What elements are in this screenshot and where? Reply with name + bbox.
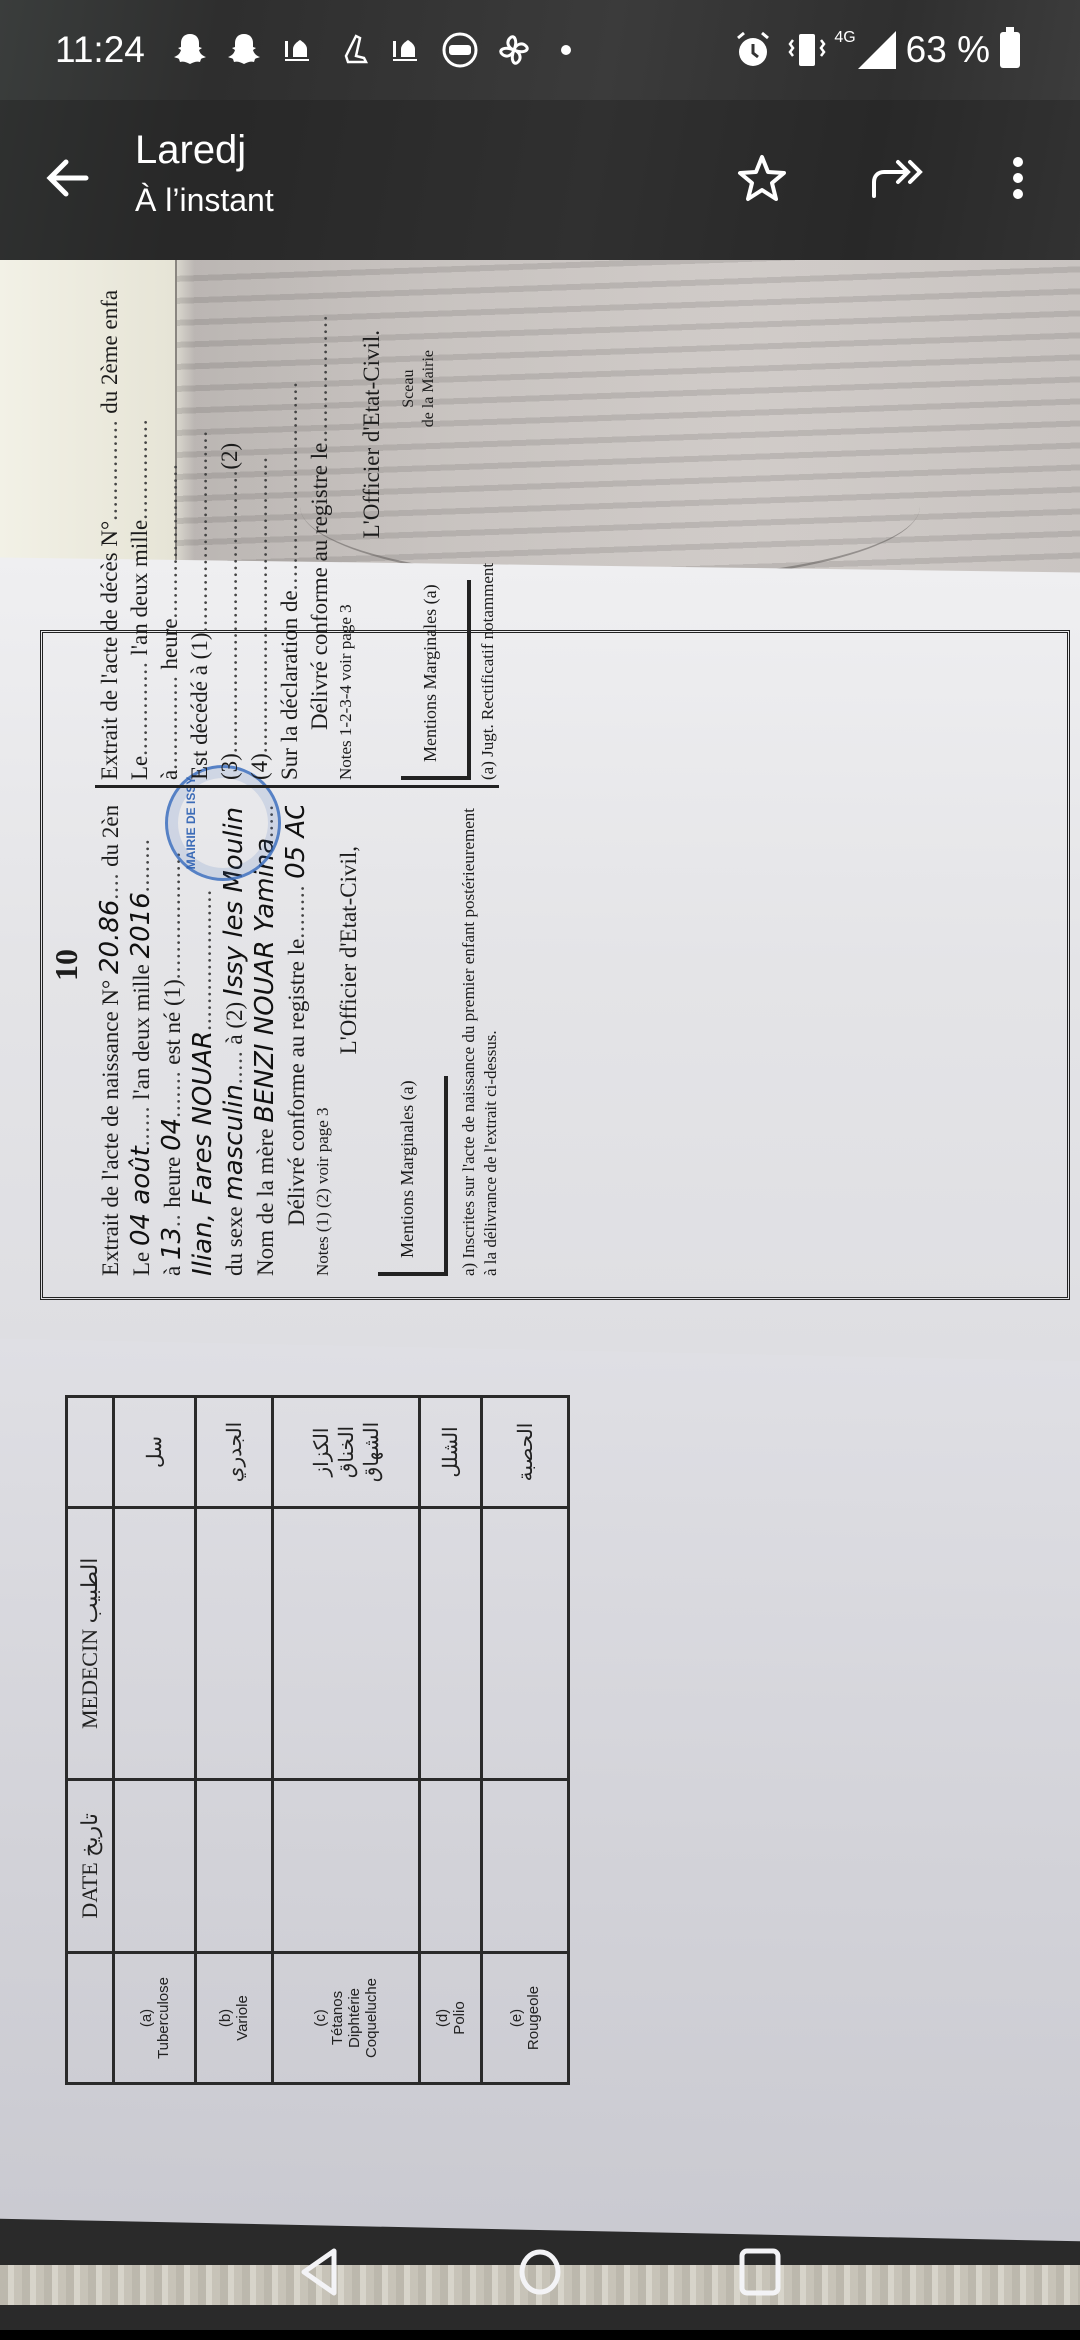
nav-home-button[interactable] — [510, 2242, 570, 2302]
conversation-title: Laredj — [135, 128, 246, 173]
death-line-1: Extrait de l'acte de décès N°...........… — [95, 290, 125, 780]
table-row: (c) Tétanos Diphtérie Coqueluche الكزاز … — [273, 1397, 420, 2084]
app-bar: Laredj À l’instant — [0, 100, 1080, 260]
death-line-3: à.............. heure...................… — [155, 290, 185, 780]
arrow-left-icon — [38, 148, 98, 208]
nav-back-button[interactable] — [290, 2242, 350, 2302]
death-officer-line: L'Officier d'Etat-Civil. — [357, 290, 387, 780]
forward-button[interactable] — [868, 148, 928, 208]
square-recents-icon — [738, 2247, 782, 2297]
snapchat-icon — [224, 30, 264, 70]
death-line-2: Le.............. l'an deux mille........… — [125, 290, 155, 780]
birth-officer-line: L'Officier d'Etat-Civil, — [334, 806, 364, 1276]
alarm-icon — [733, 30, 773, 70]
star-icon — [736, 152, 788, 204]
vibrate-icon — [787, 30, 827, 70]
more-options-button[interactable] — [988, 148, 1048, 208]
status-bar: 11:24 4G 63 % — [0, 0, 1080, 100]
navigation-bar — [0, 2220, 1080, 2320]
more-notifications-dot-icon — [561, 45, 571, 55]
table-row: (d) Polio الشلل — [420, 1397, 482, 2084]
mairie-stamp: MAIRIE DE ISSY — [165, 765, 281, 881]
timestamp-subtitle: À l’instant — [135, 182, 274, 219]
birth-footnote: a) Inscrites sur l'acte de naissance du … — [458, 806, 502, 1276]
burger-king-icon — [440, 30, 480, 70]
triangle-back-icon — [298, 2247, 342, 2297]
birth-notes-line: Notes (1) (2) voir page 3 — [312, 806, 334, 1276]
snapchat-icon — [170, 30, 210, 70]
network-type: 4G — [834, 29, 855, 47]
status-right-group: 4G 63 % — [726, 29, 1020, 71]
header-date: DATE تاريخ — [67, 1779, 114, 1952]
more-vert-icon — [1008, 152, 1028, 204]
death-footnote: (a) Jugt. Rectificatif notamment — [477, 290, 499, 780]
death-extract-section: Extrait de l'acte de décès N°...........… — [95, 290, 499, 780]
table-row: (a) Tuberculose سل — [114, 1397, 196, 2084]
shoe-icon — [332, 30, 372, 70]
mosque-prayer-icon — [386, 30, 426, 70]
death-line-4: Est décédé à (1)........................… — [185, 290, 215, 780]
table-header-row: DATE تاريخ MEDECIN الطبيب — [67, 1397, 114, 2084]
nav-recents-button[interactable] — [730, 2242, 790, 2302]
birth-line-2: Le 04 août...... l'an deux mille 2016...… — [126, 806, 157, 1276]
birth-mentions-box: Mentions Marginales (a) — [378, 1076, 448, 1276]
pinwheel-icon — [494, 30, 534, 70]
civil-status-extract: 10 Extrait de l'acte de naissance N° 20.… — [40, 630, 1070, 1300]
mosque-prayer-icon — [278, 30, 318, 70]
table-row: (b) Variole الجدري — [196, 1397, 273, 2084]
bottom-edge — [0, 2330, 1080, 2340]
star-button[interactable] — [732, 148, 792, 208]
birth-line-6-mother: Nom de la mère BENZI NOUAR Yamina....... — [250, 806, 281, 1276]
seal-label: Sceau de la Mairie — [399, 350, 439, 427]
death-notes-line: Notes 1-2-3-4 voir page 3 — [335, 290, 357, 780]
death-line-5: (3).....................................… — [215, 290, 245, 780]
vaccination-table-page: DATE تاريخ MEDECIN الطبيب (a) Tuberculos… — [65, 1395, 1080, 2085]
death-delivered-line: Délivré conforme au registre le.........… — [305, 290, 335, 780]
battery-percent: 63 % — [906, 29, 990, 71]
birth-extract-section: Extrait de l'acte de naissance N° 20.86.… — [95, 806, 502, 1276]
vaccination-table: DATE تاريخ MEDECIN الطبيب (a) Tuberculos… — [65, 1395, 570, 2085]
table-row: (e) Rougeole الحصبة — [482, 1397, 569, 2084]
death-line-6: (4).....................................… — [245, 290, 275, 780]
circle-home-icon — [518, 2247, 562, 2297]
status-time: 11:24 — [55, 29, 145, 71]
back-button[interactable] — [38, 148, 98, 208]
page-number: 10 — [48, 630, 85, 1300]
birth-delivered-line: Délivré conforme au registre le........ … — [281, 806, 312, 1276]
cell-signal-icon — [858, 31, 896, 69]
birth-line-1: Extrait de l'acte de naissance N° 20.86.… — [95, 806, 126, 1276]
photo-image: 10 Extrait de l'acte de naissance N° 20.… — [0, 0, 1080, 2340]
forward-icon — [868, 152, 928, 204]
death-line-7: Sur la déclaration de...................… — [275, 290, 305, 780]
header-doctor: MEDECIN الطبيب — [67, 1508, 114, 1780]
death-mentions-box: Mentions Marginales (a) — [401, 580, 471, 780]
battery-icon — [1000, 32, 1020, 68]
